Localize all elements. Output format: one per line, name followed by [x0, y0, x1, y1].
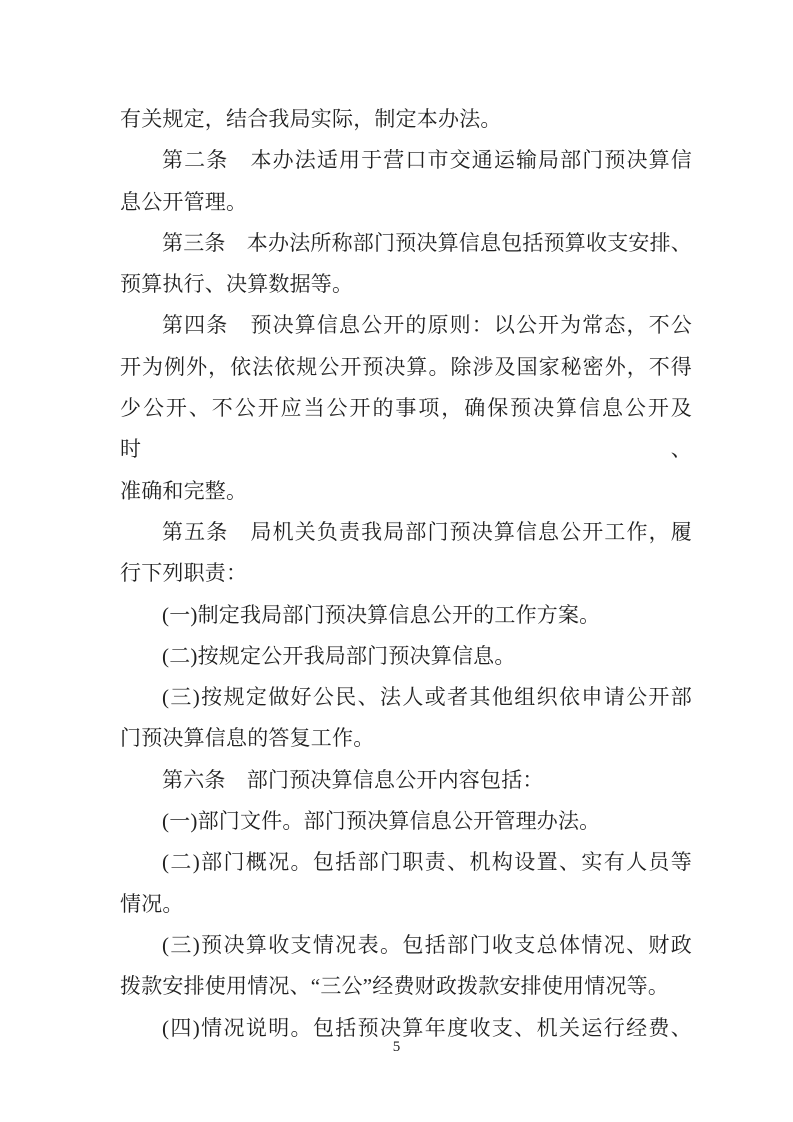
document-line: 第六条 部门预决算信息公开内容包括：	[120, 760, 692, 801]
document-line: 第四条 预决算信息公开的原则：以公开为常态，不公	[120, 305, 692, 346]
document-line: 准确和完整。	[120, 471, 692, 512]
page-number: 5	[0, 1036, 793, 1058]
document-line: 第三条 本办法所称部门预决算信息包括预算收支安排、	[120, 223, 692, 264]
document-line: 少公开、不公开应当公开的事项，确保预决算信息公开及时、	[120, 388, 692, 471]
document-line: 息公开管理。	[120, 182, 692, 223]
document-line: 有关规定，结合我局实际，制定本办法。	[120, 99, 692, 140]
document-line: (三)按规定做好公民、法人或者其他组织依申请公开部	[120, 677, 692, 718]
document-line: (三)预决算收支情况表。包括部门收支总体情况、财政	[120, 925, 692, 966]
document-line: 第五条 局机关负责我局部门预决算信息公开工作，履	[120, 512, 692, 553]
document-line: (一)部门文件。部门预决算信息公开管理办法。	[120, 801, 692, 842]
document-line: 行下列职责：	[120, 553, 692, 594]
document-line: 门预决算信息的答复工作。	[120, 718, 692, 759]
document-page: 有关规定，结合我局实际，制定本办法。第二条 本办法适用于营口市交通运输局部门预决…	[0, 0, 793, 1122]
document-line: 开为例外，依法依规公开预决算。除涉及国家秘密外，不得	[120, 347, 692, 388]
document-line: 第二条 本办法适用于营口市交通运输局部门预决算信	[120, 140, 692, 181]
document-line: (二)按规定公开我局部门预决算信息。	[120, 636, 692, 677]
document-line: 情况。	[120, 884, 692, 925]
document-body: 有关规定，结合我局实际，制定本办法。第二条 本办法适用于营口市交通运输局部门预决…	[120, 99, 692, 1049]
document-line: 预算执行、决算数据等。	[120, 264, 692, 305]
document-line: (二)部门概况。包括部门职责、机构设置、实有人员等	[120, 842, 692, 883]
document-line: (一)制定我局部门预决算信息公开的工作方案。	[120, 595, 692, 636]
document-line: 拨款安排使用情况、“三公”经费财政拨款安排使用情况等。	[120, 966, 692, 1007]
